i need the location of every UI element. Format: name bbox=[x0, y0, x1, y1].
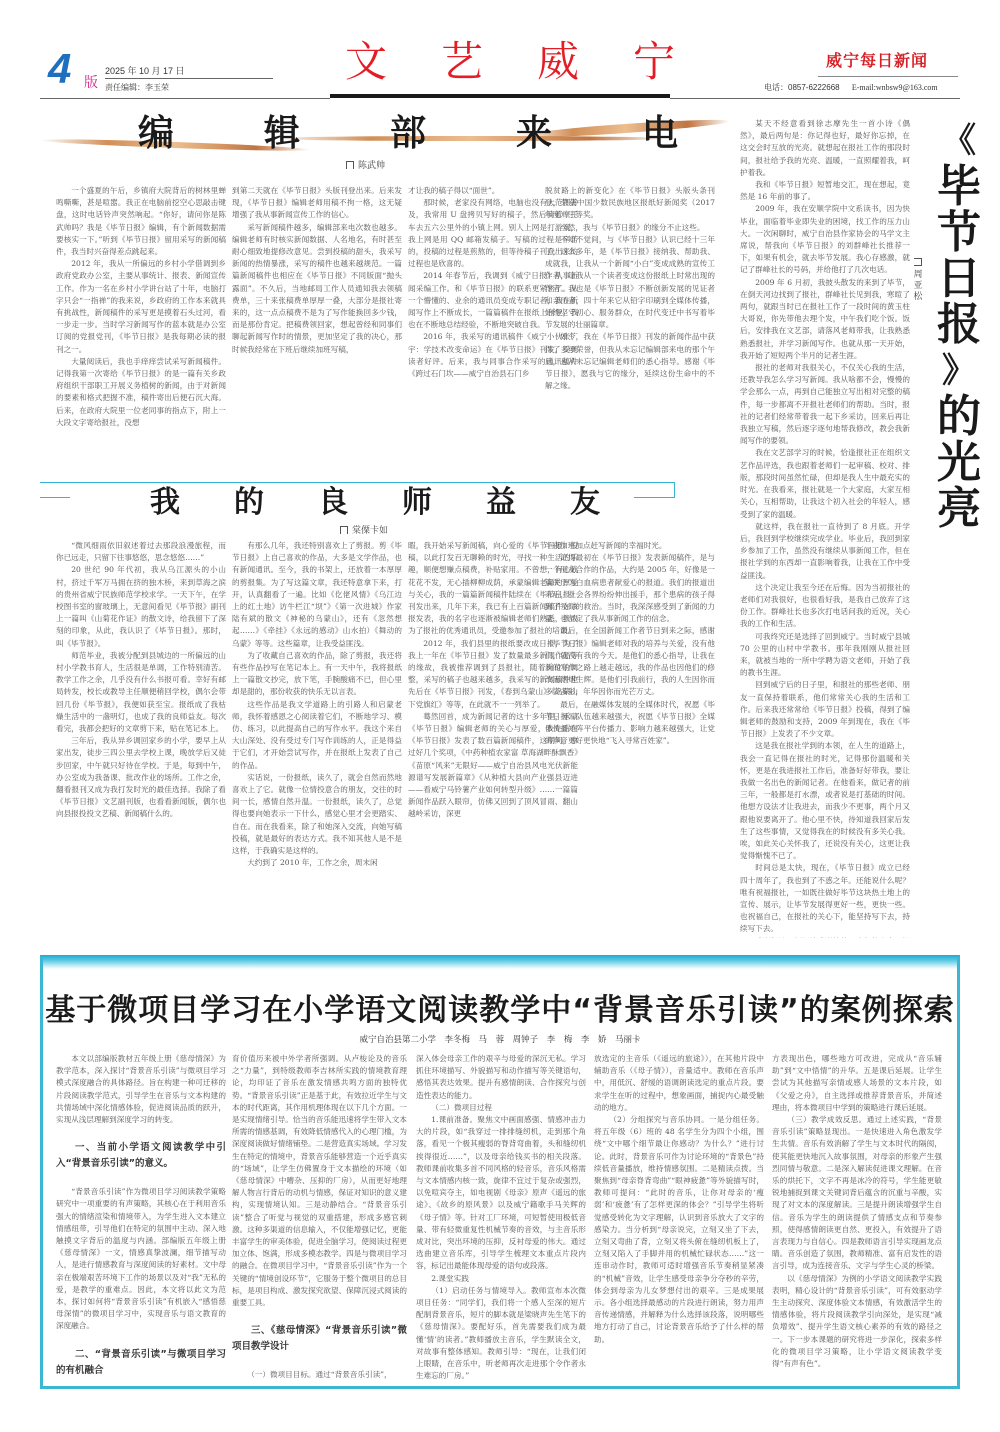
paragraph: 一个盛夏的午后，乡镇府大院背后的树林里蝉鸣嘶嘶，甚是喧嚣。我正在电脑前挖空心思敲… bbox=[56, 185, 226, 258]
paragraph: （三）教学成效反思。通过上述实践，“背景音乐引读”策略显现出。一是快速进入角色激… bbox=[772, 1114, 942, 1273]
section-heading: 三、《慈母情深》“背景音乐引读”微项目教学设计 bbox=[232, 1323, 407, 1355]
title-char: 益 bbox=[486, 485, 516, 521]
paragraph: 不知不觉间，与《毕节日报》认识已经十三年了，这么多年，是《毕节日报》接纳我、帮助… bbox=[545, 234, 715, 332]
article-title-vertical: 《 毕 节 日 报 》 的 光 亮 bbox=[933, 118, 985, 532]
article-column: 一个盛夏的午后，乡镇府大院背后的树林里蝉鸣嘶嘶，甚是喧嚣。我正在电脑前挖空心思敲… bbox=[56, 185, 226, 475]
paragraph: 师范毕业，我被分配到县城边的一所偏远的山村小学教书育人，生活很是单调，工作特别清… bbox=[56, 650, 226, 735]
section-title-char: 宁 bbox=[633, 40, 675, 84]
paragraph: 我和《毕节日报》短暂地交汇，现在想起，竟然是 16 年前的事了。 bbox=[740, 179, 910, 203]
paragraph: 三年后，我从异乡调回家乡的小学，要早上从家出发，徒步三四公里去学校上课，晚放学后… bbox=[56, 735, 226, 820]
paragraph: 育价值历来被中外学者所强调。从卢梭论及的音乐之“力量”，到特级教师李吉林所实践的… bbox=[232, 1053, 407, 1309]
byline-box-icon bbox=[914, 258, 922, 266]
article-title: 基于微项目学习在小学语文阅读教学中“背景音乐引读”的案例探索 bbox=[40, 985, 960, 1029]
byline: 陈武帅 bbox=[346, 158, 385, 171]
title-char: 辑 bbox=[264, 112, 300, 156]
paragraph: （2）分组探究与音乐协同。一是分组任务。将五年级（6）班的 48 名学生分为四个… bbox=[594, 1114, 764, 1346]
paragraph: 为了收藏自己喜欢的作品，除了剪报，我还将有些作品抄写在笔记本上。有一天中午，我将… bbox=[232, 650, 402, 699]
byline-box-icon bbox=[346, 161, 354, 169]
divider bbox=[105, 78, 273, 79]
paragraph: 最后，在融媒体发展的全媒体时代，祝愿《毕节日报》队伍越来越强大，祝愿《毕节日报》… bbox=[545, 699, 715, 748]
paragraph: 当然，我与《毕节日报》的缘分不止这些。 bbox=[545, 222, 715, 234]
section-title-char: 文 bbox=[345, 40, 387, 84]
paragraph: 感谢报社，深深地感谢她给予我们的光亮、温暖。 bbox=[740, 936, 910, 938]
issue-date: 2025 年 10 月 17 日 bbox=[105, 64, 185, 77]
byline-box-icon bbox=[340, 526, 348, 534]
paragraph: 以《慈母情深》为例的小学语文阅读教学实践表明，精心设计的“背景音乐引读”，可有效… bbox=[772, 1273, 942, 1371]
section-title: 文 艺 威 宁 bbox=[345, 40, 675, 84]
article-column: 脱贫路上的新变化》在《毕节日报》头版头条刊登，荣获中国少数民族地区报纸好新闻奖（… bbox=[545, 185, 715, 475]
paragraph: 放选定的主音乐（《遥远的旅途》），在其他片段中辅助音乐（《母子情》），音量适中。… bbox=[594, 1053, 764, 1114]
article-title: 编 辑 部 来 电 bbox=[138, 112, 678, 156]
paragraph: 回到威宁后的日子里，和报社的那些老师、朋友一直保持着联系，他们常常关心我的生活和… bbox=[740, 679, 910, 740]
author-name: 棠傈卡如 bbox=[352, 526, 388, 536]
title-char: 师 bbox=[402, 485, 432, 521]
paragraph: （一）微项目目标。通过“背景音乐引读”， bbox=[232, 1369, 407, 1381]
section-heading: 二、“背景音乐引读”与微项目学习的有机融合 bbox=[56, 1347, 226, 1379]
title-char: 报 bbox=[937, 302, 981, 348]
paragraph: 某天不经意看到徐志摩先生一首小诗《偶然》，最后两句是：你记得也好，最好你忘掉，在… bbox=[740, 118, 910, 179]
title-char: 节 bbox=[937, 210, 981, 256]
author-char: 松 bbox=[913, 292, 922, 303]
article-column: 有那么几年，我还特别喜欢上了剪报。剪《毕节日报》上自己喜欢的作品，大多是文学作品… bbox=[232, 540, 402, 940]
subsection-heading: （二）微项目过程 bbox=[416, 1102, 586, 1114]
paragraph: 2012 年，我从一所偏远的乡村小学借调到乡政府党政办公室，主要从事统计、报表、… bbox=[56, 258, 226, 356]
section-heading: 一、当前小学语文阅读教学中引入“背景音乐引读”的意义。 bbox=[56, 1140, 226, 1172]
article-column: 半夜加班加点赶写新闻的幸福时光。 记得最初在《毕节日报》发表新闻稿件，是与一个朋… bbox=[545, 540, 715, 940]
title-char: 来 bbox=[516, 112, 552, 156]
divider bbox=[670, 98, 960, 99]
divider bbox=[40, 98, 330, 99]
paragraph: “微风细雨依旧叙述着过去那段浪漫旅程，而你已远走，只留下往事悠悠，思念悠悠……” bbox=[56, 540, 226, 564]
paragraph: 20 世纪 90 年代初，我从乌江源头的小山村，挤过千军万马拥在挤的独木桥，来到… bbox=[56, 564, 226, 649]
title-char: 部 bbox=[390, 112, 426, 156]
article-column: 本文以部编版教材五年级上册《慈母情深》为教学范本，深入探讨“背景音乐引读”与微项… bbox=[56, 1053, 226, 1383]
title-char: 的 bbox=[937, 394, 981, 440]
paragraph: 有那么几年，我还特别喜欢上了剪报。剪《毕节日报》上自己喜欢的作品，大多是文学作品… bbox=[232, 540, 402, 650]
title-char: 》 bbox=[942, 348, 976, 394]
title-char: 亮 bbox=[937, 486, 981, 532]
paragraph: 这个决定让我至今还在后悔。因为当初报社的老师们对我很好，也很看好我，是我自己放弃… bbox=[740, 582, 910, 631]
frame-line bbox=[40, 482, 675, 483]
page-suffix: 版 bbox=[84, 72, 98, 92]
paragraph: 大约到了 2010 年，工作之余，周末闲 bbox=[232, 857, 402, 869]
paragraph: 到第二天就在《毕节日报》头版刊登出来。后来发现，《毕节日报》编辑老师用稿不拘一格… bbox=[232, 185, 402, 222]
title-bar bbox=[330, 94, 670, 98]
article-column: 方表现出色，哪些地方可改进，完成从“音乐辅助”到“文中悟情”的升华。五是课后延展… bbox=[772, 1053, 942, 1383]
paragraph: 这是我在报社学到的本领，在人生的道路上，我会一直记得在报社的时光，记得那份温暖和… bbox=[740, 740, 910, 862]
contact-info: 电话：0857-6222668 E-mail:wnbsw9@163.com bbox=[764, 82, 938, 93]
paragraph: 1.课前准备。聚焦文中画面感强、情感冲击力大的片段，如“我穿过一排排缝纫机，走到… bbox=[416, 1114, 586, 1273]
paragraph: 2009 年，我在安顺学院中文系读书，因为快毕业，面临着毕业即失业的困境，找工作… bbox=[740, 203, 910, 276]
paragraph: 2009 年 6 月初，我披头散发的来到了毕节，在倒天河边找到了报社，群峰社长见… bbox=[740, 277, 910, 362]
brand-logo: 威宁每日新闻 bbox=[826, 48, 928, 71]
page-number: 4 bbox=[48, 48, 71, 90]
author-char: 亚 bbox=[913, 281, 922, 292]
paragraph: 这些作品是我文学道路上的引路人和启蒙老师，我怀着感恩之心阅读着它们，不断地学习、… bbox=[232, 699, 402, 772]
paragraph: 如今，我在《毕节日报》刊发的新闻作品中获得了多项荣誉，但我从未忘记编辑部来电的那… bbox=[545, 331, 715, 392]
paragraph: 时间总是太快，现在，《毕节日报》成立已经四十周年了，我也到了不惑之年。还能说什么… bbox=[740, 862, 910, 935]
title-char: 电 bbox=[642, 112, 678, 156]
editor-credit: 责任编辑：李玉荣 bbox=[105, 82, 169, 93]
frame-line bbox=[674, 482, 675, 498]
title-char: 我 bbox=[150, 485, 180, 521]
byline-vertical: 周 亚 松 bbox=[912, 258, 924, 303]
paragraph: 报社的老师对我很关心，不仅关心我的生活，还教导我怎么学习写新闻。我从啥都不会，慢… bbox=[740, 362, 910, 447]
phone: 电话：0857-6222668 bbox=[764, 83, 840, 92]
paragraph: 方表现出色，哪些地方可改进，完成从“音乐辅助”到“文中悟情”的升华。五是课后延展… bbox=[772, 1053, 942, 1114]
paragraph: “背景音乐引读”作为微项目学习阅读教学策略研究中一项重要的有声策略，其核心在于利… bbox=[56, 1186, 226, 1332]
article-title: 我 的 良 师 益 友 bbox=[150, 485, 600, 521]
title-char: 编 bbox=[138, 112, 174, 156]
article-column: 到第二天就在《毕节日报》头版刊登出来。后来发现，《毕节日报》编辑老师用稿不拘一格… bbox=[232, 185, 402, 475]
title-char: 良 bbox=[318, 485, 348, 521]
paragraph: 脱贫路上的新变化》在《毕节日报》头版头条刊登，荣获中国少数民族地区报纸好新闻奖（… bbox=[545, 185, 715, 222]
paragraph: 最后，在全国新闻工作者节日到来之际，感谢《毕节日报》编辑老师对我的培养与关爱，没… bbox=[545, 625, 715, 698]
article-column: 育价值历来被中外学者所强调。从卢梭论及的音乐之“力量”，到特级教师李吉林所实践的… bbox=[232, 1053, 407, 1383]
article-column: 深入体会母亲工作的艰辛与母爱的深沉无私。学习抓住环境描写、外貌描写和动作描写等关… bbox=[416, 1053, 586, 1383]
frame-line bbox=[40, 497, 70, 498]
paragraph: 就这样，我在报社一直待到了 8 月底。开学后，我回到学校继续完成学业。毕业后，我… bbox=[740, 521, 910, 582]
section-title-char: 艺 bbox=[441, 40, 483, 84]
title-char: 友 bbox=[570, 485, 600, 521]
paragraph: 记得最初在《毕节日报》发表新闻稿件，是与一个朋友合作的作品，大约是 2005 年… bbox=[545, 552, 715, 625]
masthead: 4 版 2025 年 10 月 17 日 责任编辑：李玉荣 文 艺 威 宁 威宁… bbox=[0, 0, 1000, 100]
frame-line bbox=[634, 497, 674, 498]
paragraph: 大量阅读后，我也手痒痒尝试采写新闻稿件。记得我第一次寄给《毕节日报》的是一篇有关… bbox=[56, 356, 226, 429]
email: E-mail:wnbsw9@163.com bbox=[852, 83, 938, 92]
paragraph: 我在文艺部学习的时候，恰逢报社正在组织文艺作品评选，我也跟着老师们一起审稿、校对… bbox=[740, 447, 910, 520]
title-char: 《 bbox=[942, 118, 976, 164]
author-name: 陈武帅 bbox=[358, 161, 385, 171]
article-column: 某天不经意看到徐志摩先生一首小诗《偶然》，最后两句是：你记得也好，最好你忘掉，在… bbox=[740, 118, 910, 938]
divider bbox=[818, 76, 958, 77]
author-char: 周 bbox=[913, 270, 922, 281]
paragraph: 半夜加班加点赶写新闻的幸福时光。 bbox=[545, 540, 715, 552]
author-line: 威宁自治县第二小学 李冬梅 马 蓉 周钟子 李 梅 李 娇 马丽卡 bbox=[40, 1033, 960, 1045]
title-char: 毕 bbox=[937, 164, 981, 210]
section-title-char: 威 bbox=[537, 40, 579, 84]
article-column: “微风细雨依旧叙述着过去那段浪漫旅程，而你已远走，只留下往事悠悠，思念悠悠……”… bbox=[56, 540, 226, 940]
title-char: 日 bbox=[937, 256, 981, 302]
paragraph: 实话说，一份报纸，读久了，就会自然而然地喜欢上了它。就像一位情投意合的朋友，交往… bbox=[232, 772, 402, 857]
paragraph: 深入体会母亲工作的艰辛与母爱的深沉无私。学习抓住环境描写、外貌描写和动作描写等关… bbox=[416, 1053, 586, 1102]
title-char: 光 bbox=[937, 440, 981, 486]
paragraph: 采写新闻稿件越多，编辑部来电次数也越多。编辑老师有时核实新闻数据、人名地名，有时… bbox=[232, 222, 402, 356]
paragraph: 可我终究还是选择了回到威宁。当时威宁县城 70 公里的山村中学教书。那年我刚刚从… bbox=[740, 631, 910, 680]
title-char: 的 bbox=[234, 485, 264, 521]
paragraph: 本文以部编版教材五年级上册《慈母情深》为教学范本，深入探讨“背景音乐引读”与微项… bbox=[56, 1053, 226, 1126]
byline: 棠傈卡如 bbox=[340, 523, 388, 536]
article-column: 放选定的主音乐（《遥远的旅途》），在其他片段中辅助音乐（《母子情》），音量适中。… bbox=[594, 1053, 764, 1383]
paragraph: （1）启动任务与情境导入。教师宣布本次微项目任务：“同学们，我们将一个感人至深的… bbox=[416, 1285, 586, 1383]
subsection-heading: 2.课堂实践 bbox=[416, 1273, 586, 1285]
